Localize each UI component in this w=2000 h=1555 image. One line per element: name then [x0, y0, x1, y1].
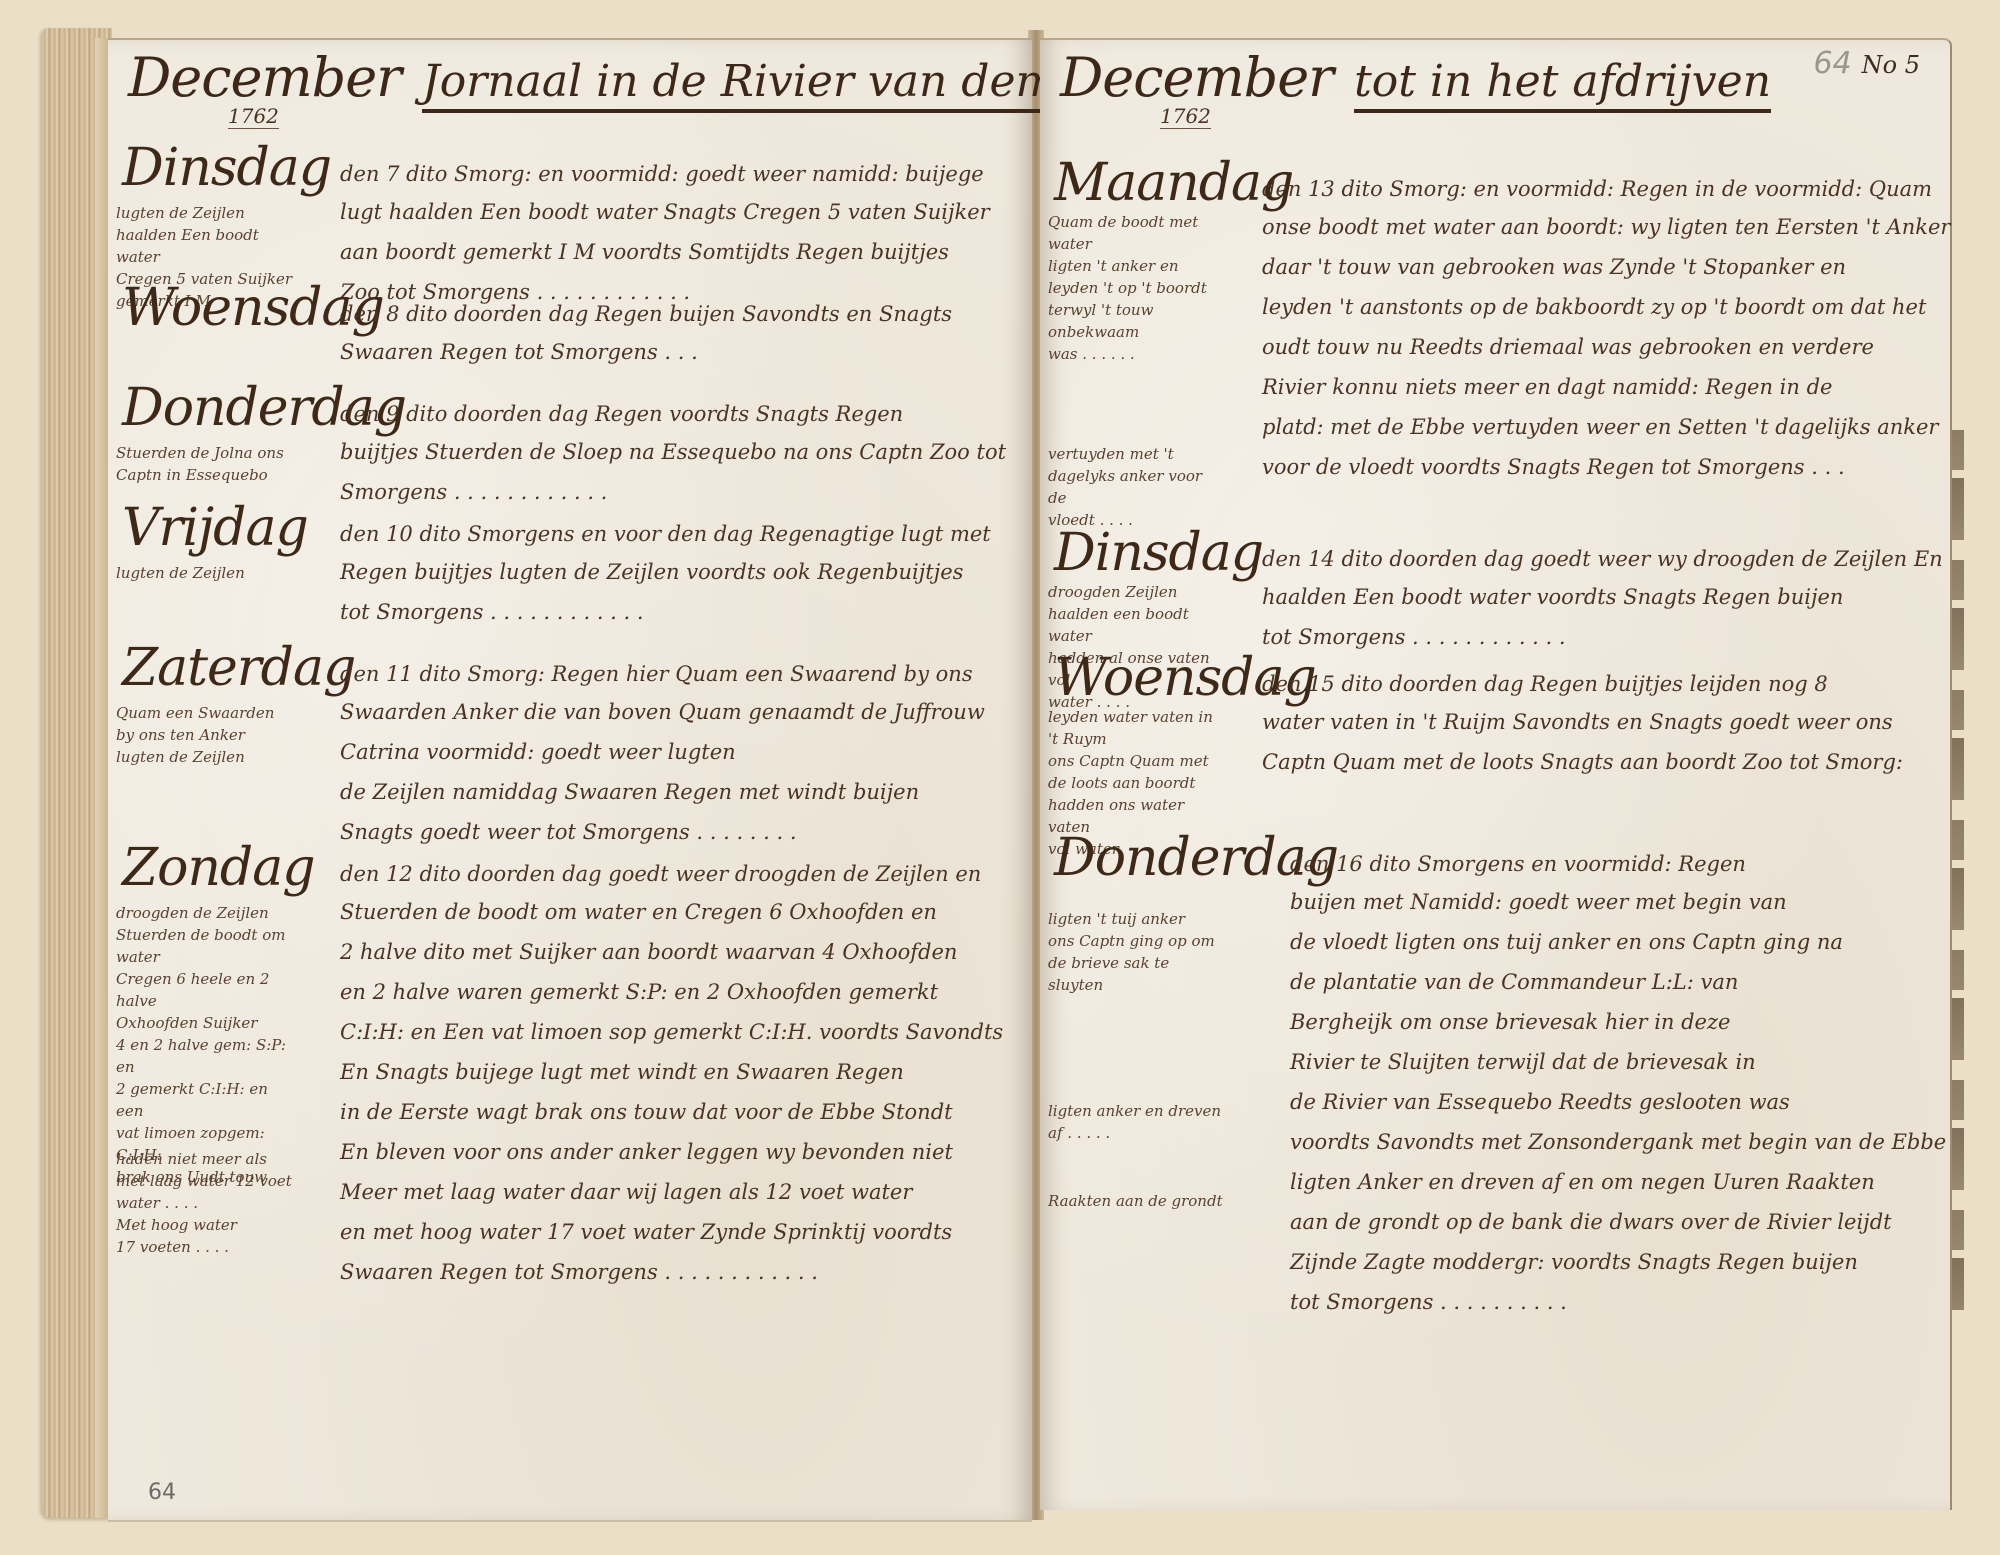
entry-body: water vaten in 't Ruijm Savondts en Snag… [1262, 702, 1930, 782]
ink-page-number: No 5 [1862, 51, 1920, 79]
entry-line: Smorgens . . . . . . . . . . . . [340, 472, 1012, 512]
frayed-page-edge [1950, 430, 1964, 1310]
margin-note: droogden de Zeijlen Stuerden de boodt om… [116, 902, 292, 1188]
entry-first-line: den 9 dito doorden dag Regen voordts Sna… [340, 402, 903, 426]
day-name: Maandag [1054, 155, 1293, 211]
entry-line: Stuerden de boodt om water en Cregen 6 O… [340, 892, 1012, 932]
entry-body: Swaarden Anker die van boven Quam genaam… [340, 692, 1012, 852]
margin-note: lugten de Zeijlen [116, 562, 292, 584]
right-page-header: December tot in het afdrijven 1762 [1060, 46, 1771, 109]
entry-line: Bergheijk om onse brievesak hier in deze [1290, 1002, 1930, 1042]
margin-note-grounded: Raakten aan de grondt [1048, 1190, 1224, 1212]
open-book: December Jornaal in de Rivier van demera… [0, 0, 2000, 1555]
margin-note-anchor-raised: ligten anker en dreven af . . . . . [1048, 1100, 1224, 1144]
entry-line: Zijnde Zagte moddergr: voordts Snagts Re… [1290, 1242, 1930, 1282]
entry-line: tot Smorgens . . . . . . . . . . . . [1262, 617, 1930, 657]
entry-line: daar 't touw van gebrooken was Zynde 't … [1262, 247, 1930, 287]
entry-first-line: den 15 dito doorden dag Regen buijtjes l… [1262, 672, 1828, 696]
entry-line: buijtjes Stuerden de Sloep na Essequebo … [340, 432, 1012, 472]
entry-line: platd: met de Ebbe vertuyden weer en Set… [1262, 407, 1930, 447]
entry-first-line: den 12 dito doorden dag goedt weer droog… [340, 862, 981, 886]
day-name: Vrijdag [122, 500, 308, 556]
right-header-month: December [1060, 46, 1333, 109]
entry-line: oudt touw nu Reedts driemaal was gebrook… [1262, 327, 1930, 367]
right-header-year: 1762 [1160, 104, 1211, 129]
entry-first-line: den 14 dito doorden dag goedt weer wy dr… [1262, 547, 1943, 571]
page-stack-inner [95, 38, 109, 1518]
folio-numbers: 64 No 5 [1813, 46, 1920, 81]
entry-body: buijtjes Stuerden de Sloep na Essequebo … [340, 432, 1012, 512]
entry-body: lugt haalden Een boodt water Snagts Creg… [340, 192, 1012, 312]
left-page: December Jornaal in de Rivier van demera… [108, 38, 1032, 1522]
entry-line: Rivier te Sluijten terwijl dat de brieve… [1290, 1042, 1930, 1082]
day-name: Dinsdag [1054, 525, 1263, 581]
entry-line: Rivier konnu niets meer en dagt namidd: … [1262, 367, 1930, 407]
entry-line: Regen buijtjes lugten de Zeijlen voordts… [340, 552, 1012, 592]
entry-line: 2 halve dito met Suijker aan boordt waar… [340, 932, 1012, 972]
entry-line: de Rivier van Essequebo Reedts geslooten… [1290, 1082, 1930, 1122]
entry-line: C:I:H: en Een vat limoen sop gemerkt C:I… [340, 1012, 1012, 1052]
entry-line: voordts Savondts met Zonsondergank met b… [1290, 1122, 1930, 1162]
entry-first-line: den 10 dito Smorgens en voor den dag Reg… [340, 522, 991, 546]
day-name: Dinsdag [122, 140, 331, 196]
left-header-year: 1762 [228, 104, 279, 129]
entry-line: Meer met laag water daar wij lagen als 1… [340, 1172, 1012, 1212]
entry-line: onse boodt met water aan boordt: wy ligt… [1262, 207, 1930, 247]
entry-line: de plantatie van de Commandeur L:L: van [1290, 962, 1930, 1002]
margin-note: Quam de boodt met water ligten 't anker … [1048, 211, 1224, 365]
entry-first-line: den 13 dito Smorg: en voormidd: Regen in… [1262, 177, 1932, 201]
entry-line: tot Smorgens . . . . . . . . . . [1290, 1282, 1930, 1322]
entry-line: tot Smorgens . . . . . . . . . . . . [340, 592, 1012, 632]
entry-line: lugt haalden Een boodt water Snagts Creg… [340, 192, 1012, 232]
entry-first-line: den 8 dito doorden dag Regen buijen Savo… [340, 302, 952, 326]
pencil-page-number-bottom: 64 [148, 1480, 176, 1505]
entry-first-line: den 7 dito Smorg: en voormidd: goedt wee… [340, 162, 984, 186]
margin-note-anchor: vertuyden met 't dagelyks anker voor de … [1048, 443, 1224, 531]
entry-body: Regen buijtjes lugten de Zeijlen voordts… [340, 552, 1012, 632]
entry-line: de Zeijlen namiddag Swaaren Regen met wi… [340, 772, 1012, 812]
right-header-title: tot in het afdrijven [1354, 56, 1771, 113]
entry-line: Swaarden Anker die van boven Quam genaam… [340, 692, 1012, 732]
day-name: Zondag [122, 840, 315, 896]
entry-line: leyden 't aanstonts op de bakboordt zy o… [1262, 287, 1930, 327]
entry-line: buijen met Namidd: goedt weer met begin … [1290, 882, 1930, 922]
day-name: Zaterdag [122, 640, 355, 696]
entry-line: en met hoog water 17 voet water Zynde Sp… [340, 1212, 1012, 1252]
entry-line: voor de vloedt voordts Snagts Regen tot … [1262, 447, 1930, 487]
entry-line: de vloedt ligten ons tuij anker en ons C… [1290, 922, 1930, 962]
entry-line: Swaaren Regen tot Smorgens . . . . . . .… [340, 1252, 1012, 1292]
entry-line: aan boordt gemerkt I M voordts Somtijdts… [340, 232, 1012, 272]
margin-note: ligten 't tuij anker ons Captn ging op o… [1048, 908, 1224, 996]
entry-line: in de Eerste wagt brak ons touw dat voor… [340, 1092, 1012, 1132]
entry-line: haalden Een boodt water voordts Snagts R… [1262, 577, 1930, 617]
left-page-header: December Jornaal in de Rivier van demera… [128, 46, 1176, 109]
entry-line: Swaaren Regen tot Smorgens . . . [340, 332, 1012, 372]
entry-line: ligten Anker en dreven af en om negen Uu… [1290, 1162, 1930, 1202]
entry-line: En bleven voor ons ander anker leggen wy… [340, 1132, 1012, 1172]
entry-body: haalden Een boodt water voordts Snagts R… [1262, 577, 1930, 657]
entry-line: water vaten in 't Ruijm Savondts en Snag… [1262, 702, 1930, 742]
entry-first-line: den 16 dito Smorgens en voormidd: Regen [1290, 852, 1746, 876]
entry-body: Stuerden de boodt om water en Cregen 6 O… [340, 892, 1012, 1292]
entry-line: Captn Quam met de loots Snagts aan boord… [1262, 742, 1930, 782]
pencil-folio-number: 64 [1813, 46, 1851, 81]
entry-first-line: den 11 dito Smorg: Regen hier Quam een S… [340, 662, 973, 686]
entry-line: Catrina voormidd: goedt weer lugten [340, 732, 1012, 772]
entry-line: En Snagts buijege lugt met windt en Swaa… [340, 1052, 1012, 1092]
entry-line: Snagts goedt weer tot Smorgens . . . . .… [340, 812, 1012, 852]
left-header-month: December [128, 46, 401, 109]
entry-line: en 2 halve waren gemerkt S:P: en 2 Oxhoo… [340, 972, 1012, 1012]
right-page: 64 No 5 December tot in het afdrijven 17… [1040, 38, 1952, 1510]
entry-body: Swaaren Regen tot Smorgens . . . [340, 332, 1012, 372]
margin-note: Quam een Swaarden by ons ten Anker lugte… [116, 702, 292, 768]
margin-note-depth: haden niet meer als met laag water 12 vo… [116, 1148, 292, 1258]
entry-body: buijen met Namidd: goedt weer met begin … [1290, 882, 1930, 1322]
entry-line: aan de grondt op de bank die dwars over … [1290, 1202, 1930, 1242]
margin-note: Stuerden de Jolna ons Captn in Essequebo [116, 442, 292, 486]
entry-body: onse boodt met water aan boordt: wy ligt… [1262, 207, 1930, 487]
